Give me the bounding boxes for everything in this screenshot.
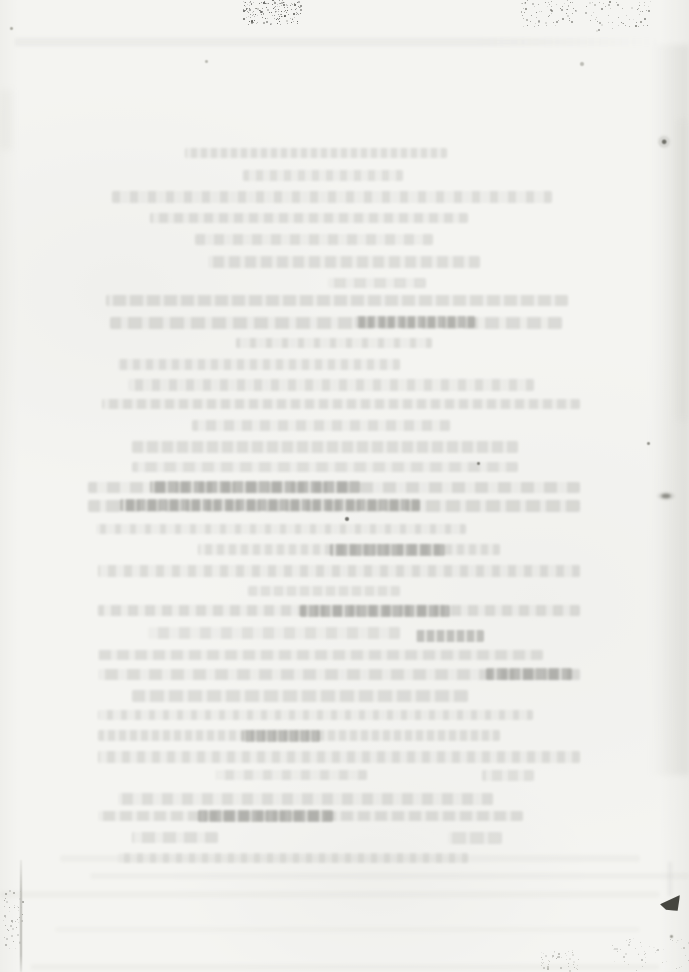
noise-speckle [4, 915, 6, 917]
noise-speckle [249, 21, 250, 22]
noise-speckle [558, 953, 560, 955]
noise-speckle [562, 6, 563, 7]
scan-streak [55, 927, 640, 932]
noise-speckle [278, 11, 279, 12]
noise-speckle [554, 951, 555, 952]
noise-speckle [570, 2, 571, 3]
noise-speckle [257, 22, 258, 23]
noise-speckle [681, 948, 682, 949]
noise-speckle [283, 4, 285, 6]
noise-speckle [558, 20, 559, 21]
noise-speckle [22, 914, 23, 915]
noise-speckle [4, 906, 5, 907]
noise-speckle [586, 6, 587, 7]
noise-speckle [601, 8, 603, 10]
noise-speckle [636, 22, 637, 23]
noise-speckle [625, 953, 627, 955]
scan-streak [60, 855, 640, 862]
noise-speckle [631, 7, 633, 9]
noise-speckle [601, 24, 603, 26]
noise-speckle [638, 953, 639, 954]
noise-speckle [573, 8, 574, 9]
noise-speckle [257, 15, 258, 16]
noise-speckle [300, 9, 302, 11]
noise-speckle [633, 19, 634, 20]
noise-speckle [8, 930, 9, 931]
noise-speckle [633, 938, 634, 939]
noise-speckle [612, 22, 613, 23]
noise-speckle [249, 5, 250, 6]
noise-speckle [6, 901, 8, 903]
noise-speckle [279, 16, 280, 17]
noise-speckle [608, 4, 610, 6]
noise-speckle [572, 952, 573, 953]
noise-speckle [685, 955, 686, 956]
noise-speckle [286, 12, 287, 13]
margin-wash [0, 90, 12, 150]
noise-speckle [545, 2, 546, 3]
noise-speckle [573, 961, 575, 963]
noise-speckle [640, 942, 641, 943]
noise-speckle [526, 19, 528, 21]
noise-speckle [617, 951, 618, 952]
noise-speckle [525, 8, 527, 10]
smear-above-triangle [668, 862, 672, 896]
noise-speckle [629, 26, 630, 27]
noise-speckle [666, 961, 667, 962]
noise-speckle [14, 907, 15, 908]
noise-speckle [535, 23, 536, 24]
noise-speckle [532, 3, 534, 5]
noise-speckle [273, 8, 274, 9]
noise-speckle [657, 949, 659, 951]
noise-speckle [287, 23, 288, 24]
noise-speckle [15, 948, 16, 949]
noise-speckle [625, 25, 626, 26]
noise-speckle [279, 21, 280, 22]
noise-speckle [553, 22, 554, 23]
noise-speckle [567, 0, 568, 1]
noise-speckle [271, 12, 272, 13]
noise-speckle [618, 25, 619, 26]
noise-speckle [568, 951, 569, 952]
stray-ink-dot [10, 27, 13, 30]
noise-speckle [638, 26, 639, 27]
noise-speckle [552, 957, 553, 958]
noise-speckle [630, 939, 631, 940]
noise-speckle [284, 11, 285, 12]
noise-speckle [12, 928, 14, 930]
noise-speckle [284, 16, 285, 17]
noise-speckle [653, 947, 654, 948]
noise-speckle [523, 26, 524, 27]
noise-speckle [618, 17, 619, 18]
noise-speckle [5, 944, 7, 946]
noise-speckle [248, 12, 249, 13]
noise-speckle [571, 21, 573, 23]
noise-speckle [243, 18, 245, 20]
noise-speckle [546, 25, 547, 26]
noise-speckle [245, 10, 246, 11]
stray-ink-dot [345, 517, 349, 521]
noise-speckle [542, 959, 543, 960]
noise-speckle [267, 9, 269, 11]
noise-speckle [644, 18, 646, 20]
noise-speckle [252, 12, 253, 13]
noise-speckle [672, 940, 673, 941]
noise-speckle [551, 1, 552, 2]
noise-speckle [267, 18, 268, 19]
noise-speckle [278, 14, 279, 15]
noise-speckle [4, 900, 5, 901]
noise-speckle [262, 8, 263, 9]
noise-speckle [643, 25, 644, 26]
noise-speckle [644, 2, 645, 3]
noise-speckle [599, 2, 600, 3]
noise-speckle [608, 15, 609, 16]
noise-speckle [254, 20, 255, 21]
noise-speckle [297, 23, 298, 24]
noise-speckle [641, 946, 642, 947]
noise-speckle [662, 962, 663, 963]
noise-speckle [569, 20, 570, 21]
noise-speckle [18, 910, 19, 911]
noise-speckle [562, 18, 564, 20]
noise-speckle [274, 15, 275, 16]
noise-speckle [295, 9, 296, 10]
scan-streak [0, 891, 660, 898]
page-edge-line [20, 860, 22, 972]
noise-speckle [585, 12, 587, 14]
noise-speckle [13, 941, 14, 942]
noise-speckle [300, 5, 302, 7]
noise-speckle [280, 3, 281, 4]
noise-speckle [620, 949, 621, 950]
scanned-blank-page [0, 0, 689, 972]
noise-speckle [281, 14, 282, 15]
noise-speckle [280, 24, 281, 25]
noise-speckle [608, 22, 609, 23]
noise-speckle [255, 8, 256, 9]
noise-speckle [545, 955, 547, 957]
noise-speckle [642, 11, 643, 12]
noise-speckle [266, 7, 267, 8]
noise-speckle [4, 937, 5, 938]
noise-speckle [591, 15, 592, 16]
noise-speckle [549, 961, 550, 962]
noise-speckle [572, 13, 573, 14]
noise-speckle [5, 917, 6, 918]
noise-speckle [637, 9, 638, 10]
noise-speckle [592, 2, 593, 3]
margin-wash [676, 120, 689, 420]
noise-speckle [541, 957, 542, 958]
noise-speckle [589, 2, 591, 4]
noise-speckle [275, 12, 276, 13]
noise-speckle [259, 3, 260, 4]
noise-speckle [531, 15, 532, 16]
noise-speckle [6, 938, 8, 940]
scan-streak [30, 964, 660, 970]
noise-speckle [266, 3, 267, 4]
noise-speckle [275, 9, 276, 10]
ink-smudge-mark [656, 491, 676, 501]
noise-speckle [569, 958, 571, 960]
noise-speckle [646, 10, 647, 11]
noise-speckle [623, 956, 625, 958]
noise-speckle [287, 7, 288, 8]
noise-speckle [253, 2, 254, 3]
noise-speckle [539, 11, 540, 12]
noise-speckle [638, 954, 639, 955]
noise-speckle [287, 10, 288, 11]
circular-blemish-mark [657, 133, 673, 149]
noise-speckle [9, 948, 10, 949]
noise-speckle [548, 2, 549, 3]
noise-speckle [596, 30, 598, 32]
noise-speckle [641, 959, 643, 961]
stray-ink-dot [205, 60, 208, 63]
noise-speckle [567, 15, 569, 17]
noise-speckle [275, 6, 276, 7]
noise-speckle [290, 18, 291, 19]
noise-speckle [534, 6, 535, 7]
noise-speckle [612, 945, 613, 946]
noise-speckle [645, 957, 646, 958]
noise-speckle [247, 4, 248, 5]
noise-speckle [626, 15, 627, 16]
noise-speckle [593, 12, 594, 13]
noise-speckle [278, 19, 279, 20]
noise-speckle [575, 10, 577, 12]
noise-speckle [274, 18, 275, 19]
noise-speckle [640, 21, 642, 23]
noise-speckle [251, 4, 252, 5]
noise-speckle [296, 12, 297, 13]
noise-speckle [286, 20, 288, 22]
noise-speckle [655, 952, 656, 953]
noise-speckle [522, 15, 523, 16]
noise-speckle [284, 2, 285, 3]
noise-speckle [656, 950, 657, 951]
noise-speckle [552, 955, 554, 957]
noise-speckle [609, 1, 611, 3]
noise-speckle [272, 15, 273, 16]
noise-speckle [292, 4, 293, 5]
noise-speckle [263, 14, 264, 15]
noise-speckle [648, 10, 650, 12]
noise-speckle [250, 17, 251, 18]
noise-speckle [276, 19, 277, 20]
noise-speckle [263, 22, 265, 24]
noise-speckle [522, 3, 523, 4]
noise-speckle [12, 922, 13, 923]
noise-speckle [590, 20, 591, 21]
noise-speckle [545, 22, 547, 24]
noise-speckle [617, 4, 619, 6]
noise-speckle [244, 2, 245, 3]
noise-speckle [523, 8, 524, 9]
noise-speckle [266, 21, 268, 23]
noise-speckle [679, 967, 680, 968]
noise-speckle [538, 25, 539, 26]
noise-speckle [292, 18, 293, 19]
noise-speckle [648, 6, 649, 7]
noise-speckle [650, 1, 651, 2]
noise-speckle [614, 961, 615, 962]
noise-speckle [566, 9, 567, 10]
noise-speckle [538, 4, 539, 5]
noise-speckle [250, 1, 251, 2]
noise-speckle [5, 925, 6, 926]
noise-speckle [572, 2, 573, 3]
noise-speckle [543, 953, 544, 954]
noise-speckle [281, 11, 282, 12]
noise-speckle [282, 16, 283, 17]
noise-speckle [596, 17, 597, 18]
stray-ink-dot [647, 442, 650, 445]
noise-speckle [556, 21, 558, 23]
noise-speckle [547, 6, 548, 7]
noise-speckle [626, 940, 627, 941]
noise-speckle [534, 26, 535, 27]
noise-speckle [291, 9, 292, 10]
noise-speckle [676, 968, 677, 969]
scan-streak [90, 873, 689, 879]
noise-speckle [277, 6, 278, 7]
noise-speckle [3, 920, 4, 921]
noise-speckle [9, 911, 10, 912]
noise-speckle [598, 29, 600, 31]
noise-speckle [541, 11, 542, 12]
noise-speckle [536, 17, 537, 18]
noise-speckle [561, 957, 562, 958]
noise-speckle [254, 16, 255, 17]
noise-speckle [629, 19, 630, 20]
noise-speckle [640, 11, 641, 12]
noise-speckle [536, 12, 537, 13]
noise-speckle [277, 23, 278, 24]
noise-speckle [624, 961, 625, 962]
noise-speckle [279, 0, 280, 1]
noise-speckle [623, 23, 624, 24]
noise-speckle [18, 907, 19, 908]
noise-speckle [523, 18, 524, 19]
noise-speckle [298, 1, 300, 3]
noise-speckle [560, 8, 561, 9]
noise-speckle [639, 14, 640, 15]
noise-speckle [647, 25, 648, 26]
noise-speckle [297, 21, 298, 22]
noise-speckle [291, 22, 292, 23]
stray-ink-dot [580, 62, 584, 66]
noise-speckle [616, 948, 618, 950]
noise-speckle [11, 935, 13, 937]
noise-speckle [558, 956, 560, 958]
noise-speckle [597, 21, 598, 22]
noise-speckle [538, 21, 540, 23]
stray-ink-dot [670, 935, 673, 938]
noise-speckle [654, 947, 655, 948]
noise-speckle [530, 21, 531, 22]
noise-speckle [281, 5, 282, 6]
noise-speckle [293, 13, 295, 15]
noise-speckle [551, 6, 552, 7]
noise-speckle [16, 927, 17, 928]
noise-speckle [286, 4, 287, 5]
noise-speckle [561, 9, 563, 11]
noise-speckle [524, 2, 526, 4]
stray-ink-dot [477, 462, 480, 465]
noise-speckle [578, 959, 579, 960]
noise-speckle [253, 11, 254, 12]
noise-speckle [269, 12, 270, 13]
noise-speckle [594, 4, 596, 6]
noise-speckle [270, 23, 272, 25]
noise-speckle [527, 25, 528, 26]
noise-speckle [551, 13, 552, 14]
noise-speckle [569, 18, 570, 19]
noise-speckle [603, 3, 604, 4]
noise-speckle [281, 16, 282, 17]
noise-speckle [15, 921, 16, 922]
noise-speckle [279, 18, 280, 19]
noise-speckle [294, 4, 296, 6]
noise-speckle [278, 9, 279, 10]
noise-speckle [249, 9, 251, 11]
noise-speckle [272, 4, 273, 5]
noise-speckle [248, 16, 249, 17]
noise-speckle [521, 12, 522, 13]
noise-speckle [265, 18, 266, 19]
noise-speckle [555, 25, 556, 26]
noise-speckle [565, 953, 566, 954]
noise-speckle [249, 8, 250, 9]
noise-speckle [663, 949, 664, 950]
noise-speckle [548, 16, 549, 17]
noise-speckle [293, 21, 294, 22]
noise-speckle [262, 17, 263, 18]
noise-speckle [612, 28, 613, 29]
noise-speckle [543, 962, 544, 963]
noise-speckle [294, 17, 295, 18]
noise-speckle [261, 2, 262, 3]
noise-speckle [524, 12, 525, 13]
noise-speckle [248, 24, 249, 25]
noise-speckle [279, 6, 280, 7]
noise-speckle [649, 946, 650, 947]
noise-speckle [564, 3, 565, 4]
noise-speckle [276, 11, 277, 12]
noise-speckle [635, 948, 636, 949]
noise-speckle [10, 925, 12, 927]
noise-speckle [300, 13, 301, 14]
scanner-noise-layer [0, 0, 689, 972]
noise-speckle [616, 2, 617, 3]
noise-speckle [566, 955, 567, 956]
noise-speckle [681, 966, 682, 967]
noise-speckle [639, 2, 640, 3]
noise-speckle [17, 919, 18, 920]
noise-speckle [9, 907, 10, 908]
noise-speckle [527, 0, 528, 1]
noise-speckle [252, 15, 253, 16]
noise-speckle [549, 4, 550, 5]
noise-speckle [567, 9, 568, 10]
noise-speckle [268, 3, 269, 4]
noise-speckle [595, 19, 596, 20]
noise-speckle [252, 20, 253, 21]
